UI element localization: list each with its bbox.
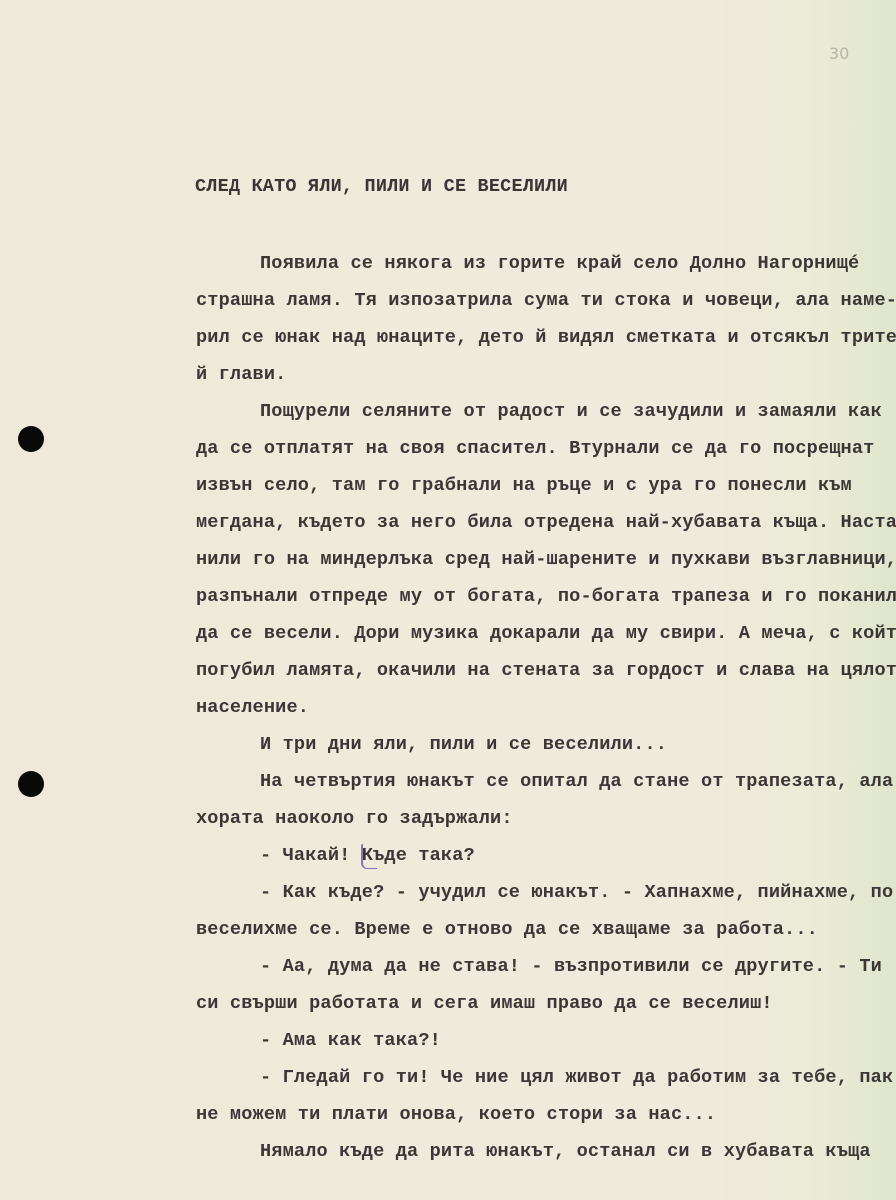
punch-hole	[18, 771, 44, 797]
text-line: разпънали отпреде му от богата, по-богат…	[196, 582, 896, 619]
text-line: да се отплатят на своя спасител. Втурнал…	[196, 434, 896, 471]
text-line: Появила се някога из горите край село До…	[196, 249, 896, 286]
text-line: хората наоколо го задържали:	[196, 804, 896, 841]
text-line: не можем ти плати онова, което стори за …	[196, 1100, 896, 1137]
text-line: мегдана, където за него била отредена на…	[196, 508, 896, 545]
text-line: нили го на миндерлъка сред най-шарените …	[196, 545, 896, 582]
document-title: СЛЕД КАТО ЯЛИ, ПИЛИ И СЕ ВЕСЕЛИЛИ	[195, 176, 568, 197]
text-line: население.	[196, 693, 896, 730]
typewritten-page: 30 СЛЕД КАТО ЯЛИ, ПИЛИ И СЕ ВЕСЕЛИЛИ Поя…	[0, 0, 896, 1200]
text-line: извън село, там го грабнали на ръце и с …	[196, 471, 896, 508]
text-line: Пощурели селяните от радост и се зачудил…	[196, 397, 896, 434]
text-line: погубил ламята, окачили на стената за го…	[196, 656, 896, 693]
page-number: 30	[829, 44, 849, 63]
text-line: Нямало къде да рита юнакът, останал си в…	[196, 1137, 896, 1174]
text-line: веселихме се. Време е отново да се хваща…	[196, 915, 896, 952]
text-line: - Гледай го ти! Че ние цял живот да рабо…	[196, 1063, 896, 1100]
text-line: - Аа, дума да не става! - възпротивили с…	[196, 952, 896, 989]
text-line: да се весели. Дори музика докарали да му…	[196, 619, 896, 656]
punch-hole	[18, 426, 44, 452]
text-line: И три дни яли, пили и се веселили...	[196, 730, 896, 767]
document-body: Появила се някога из горите край село До…	[196, 249, 896, 1174]
text-line: си свърши работата и сега имаш право да …	[196, 989, 896, 1026]
text-line: й глави.	[196, 360, 896, 397]
text-line: - Как къде? - учудил се юнакът. - Хапнах…	[196, 878, 896, 915]
handwritten-correction-mark	[361, 844, 377, 869]
text-line: - Ама как така?!	[196, 1026, 896, 1063]
text-line: На четвъртия юнакът се опитал да стане о…	[196, 767, 896, 804]
text-line: рил се юнак над юнаците, дето й видял см…	[196, 323, 896, 360]
text-line: - Чакай! Къде така?	[196, 841, 896, 878]
text-line: страшна ламя. Тя изпозатрила сума ти сто…	[196, 286, 896, 323]
